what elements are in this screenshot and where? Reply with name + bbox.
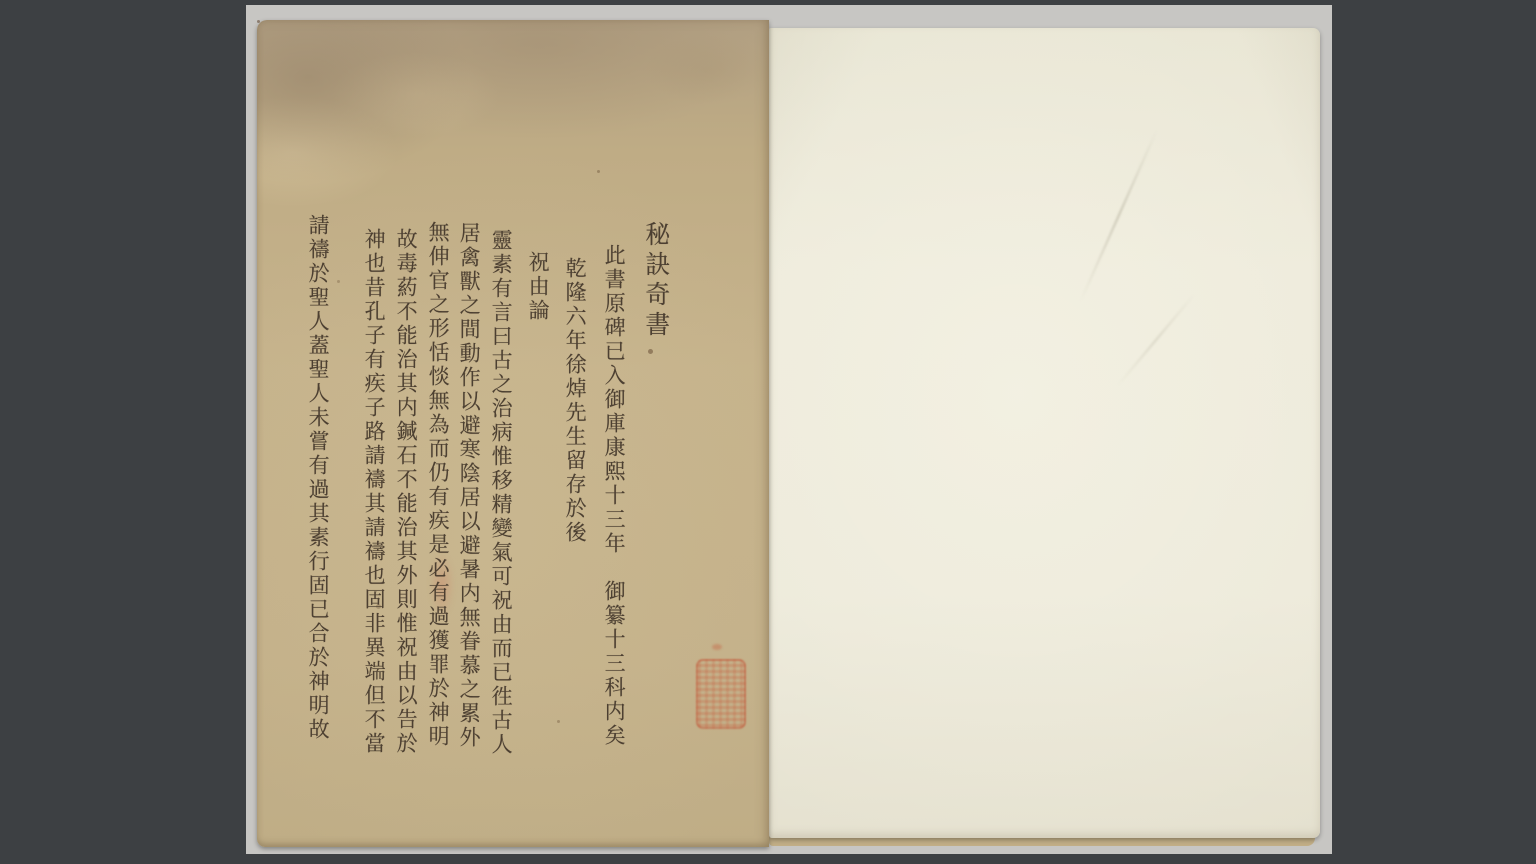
provenance-note-1a: 此書原碑已入御庫康熙十三年 — [602, 244, 626, 556]
blank-recto-page — [769, 28, 1320, 838]
essay-title-column: 祝由論 — [526, 251, 550, 323]
provenance-note-1b: 御纂十三科内矣 — [602, 556, 626, 748]
body-text-column-5: 神也昔孔子有疾子路請禱其請禱也固非異端但不當 — [362, 228, 386, 756]
body-text-column-3: 無伸官之形恬惔無為而仍有疾是必有過獲罪於神明 — [426, 221, 450, 749]
seal-ink-smudge — [712, 644, 722, 650]
body-text-column-4: 故毒葯不能治其内鍼石不能治其外則惟祝由以告於 — [394, 228, 418, 756]
foxing-specks — [257, 20, 260, 23]
body-text-column-6: 請禱於聖人蓋聖人未嘗有過其素行固已合於神明故 — [306, 214, 330, 742]
body-text-column-1: 靈素有言曰古之治病惟移精變氣可祝由而已徃古人 — [489, 229, 513, 757]
manuscript-scan-viewer: { "scan": { "background_color": "#3d4043… — [0, 0, 1536, 864]
provenance-column-1: 此書原碑已入御庫康熙十三年御纂十三科内矣 — [602, 244, 626, 748]
provenance-column-2: 乾隆六年徐焯先生留存於後 — [563, 257, 587, 545]
book-title-column: 秘訣奇書 — [641, 221, 670, 341]
body-text-column-2: 居禽獸之間動作以避寒陰居以避暑内無眷慕之累外 — [457, 222, 481, 750]
collector-seal — [696, 659, 746, 729]
